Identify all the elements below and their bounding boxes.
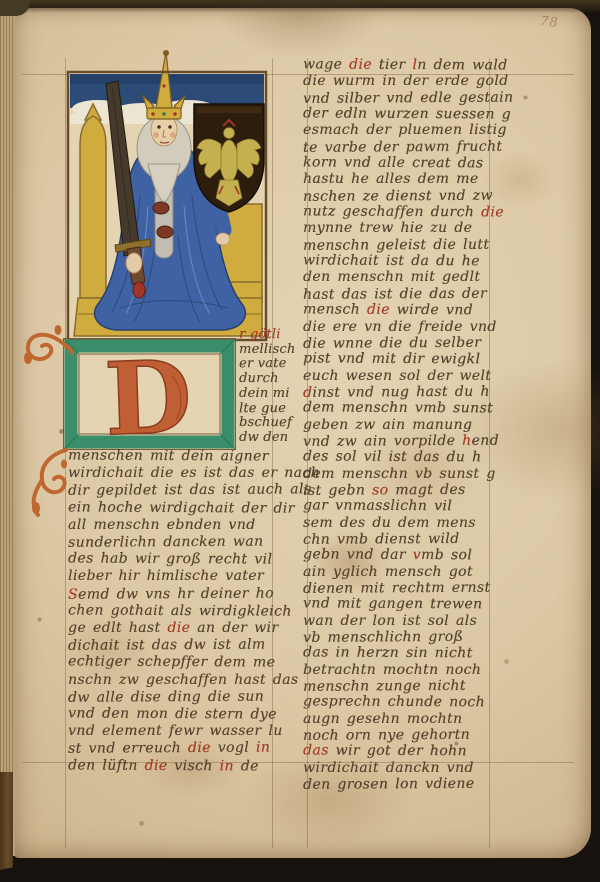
text-line: wirdichait ist da du he [303, 252, 555, 270]
left-text-column: menschen mit dein aignerwirdichait die e… [68, 448, 304, 775]
text-line: dw alle dise ding die sun [68, 688, 304, 707]
text-line: esmach der pluemen listig [303, 122, 555, 138]
text-line: vb menschlichn groß [303, 628, 555, 646]
text-line: chen gothait als wirdigkleich [68, 602, 304, 620]
text-line: geben zw ain manung [303, 417, 555, 433]
text-line: bschuef [239, 416, 309, 431]
text-line: den lüftn die visch in de [68, 757, 304, 775]
text-line: wirdichait die es ist das er nach [68, 465, 304, 482]
text-line: den menschn mit gedlt [303, 269, 555, 285]
text-line: sunderlichn dancken wan [68, 533, 304, 552]
text-line: die wurm in der erde gold [303, 73, 555, 89]
text-line: des hab wir groß recht vil [68, 551, 304, 569]
text-line: der edln wurzen suessen g [303, 105, 555, 123]
text-line: Semd dw vns hr deiner ho [68, 585, 304, 604]
text-line: die wnne die du selber [303, 334, 555, 352]
text-line: gesprechn chunde noch [303, 694, 555, 712]
text-line: dem menschn vmb sunst [303, 400, 555, 418]
page-edges [0, 10, 15, 856]
text-line: nschen ze dienst vnd zw [303, 187, 555, 205]
text-line: dichait ist das dw ist alm [68, 637, 304, 656]
text-line: wan der lon ist sol als [303, 613, 555, 629]
text-line: echtiger schepffer dem me [68, 654, 304, 672]
text-line: gar vnmasslichn vil [303, 498, 555, 516]
miniature-illustration [60, 46, 272, 344]
text-line: menschn zunge nicht [303, 677, 555, 695]
text-line: mensch die wirde vnd [303, 301, 555, 319]
text-line: menschn geleist die lutt [303, 236, 555, 254]
text-line: ein hoche wirdigchait der dir [68, 499, 304, 517]
decorated-initial: D [62, 336, 240, 452]
text-line: das wir got der hohn [303, 743, 555, 761]
text-line: dein mi [239, 387, 309, 402]
text-line: euch wesen sol der welt [303, 368, 555, 384]
text-line: noch orn nye gehortn [303, 726, 555, 744]
text-line: das in herzn sin nicht [303, 645, 555, 663]
text-line: betrachtn mochtn noch [303, 662, 555, 678]
text-line: vnd den mon die stern dye [68, 705, 304, 723]
text-line: dw den [239, 431, 309, 446]
text-line: pist vnd mit dir ewigkl [303, 351, 555, 369]
text-line: menschen mit dein aigner [68, 447, 304, 465]
right-text-column: wage die tier ln dem walddie wurm in der… [303, 57, 555, 792]
eagle-shield [194, 104, 264, 212]
text-line: ist gebn so magt des [303, 481, 555, 499]
book-top-edge [0, 0, 600, 13]
text-line: ain yglich mensch got [303, 564, 555, 580]
text-line: augn gesehn mochtn [303, 711, 555, 727]
text-line: nutz geschaffen durch die [303, 203, 555, 221]
text-line: st vnd erreuch die vogl in [68, 740, 304, 759]
text-line: mynne trew hie zu de [303, 220, 555, 236]
text-line: vnd element fewr wasser lu [68, 723, 304, 740]
text-line: sem des du dem mens [303, 515, 555, 531]
text-line: wirdichait danckn vnd [303, 760, 555, 776]
text-line: hastu he alles dem me [303, 171, 555, 187]
text-line: die ere vn die freide vnd [303, 319, 555, 335]
text-line: chn vmb dienst wild [303, 530, 555, 548]
text-line: dienen mit rechtm ernst [303, 579, 555, 597]
text-line: dem menschn vb sunst g [303, 466, 555, 482]
manuscript-photo: 78 [0, 0, 600, 882]
page-bottom-edge [0, 848, 600, 882]
text-line: nschn zw geschaffen hast das [68, 672, 304, 689]
text-line: vnd mit gangen trewen [303, 596, 555, 614]
initial-letter: D [103, 338, 194, 452]
text-line: dir gepildet ist das ist auch als [68, 482, 304, 501]
text-line: durch [239, 372, 309, 387]
text-line: des sol vil ist das du h [303, 449, 555, 467]
text-line: gebn vnd dar vmb sol [303, 547, 555, 565]
text-line: te varbe der pawm frucht [303, 138, 555, 156]
text-line: r götli [239, 328, 309, 343]
folio-number: 78 [539, 14, 559, 31]
text-line: vnd silber vnd edle gestain [303, 89, 555, 107]
text-line: wage die tier ln dem wald [303, 56, 555, 74]
text-line: hast das ist die das der [303, 285, 555, 303]
column-beside-initial: r götlimellischer vatedurchdein milte gu… [239, 328, 309, 446]
pen-flourish [14, 318, 74, 518]
text-line: den grosen lon vdiene [303, 775, 555, 793]
text-line: all menschn ebnden vnd [68, 517, 304, 534]
text-line: dinst vnd nug hast du h [303, 383, 555, 401]
text-line: ge edlt hast die an der wir [68, 620, 304, 637]
text-line: korn vnd alle creat das [303, 154, 555, 172]
text-line: vnd zw ain vorpilde hend [303, 432, 555, 450]
text-line: lieber hir himlische vater [68, 568, 304, 585]
